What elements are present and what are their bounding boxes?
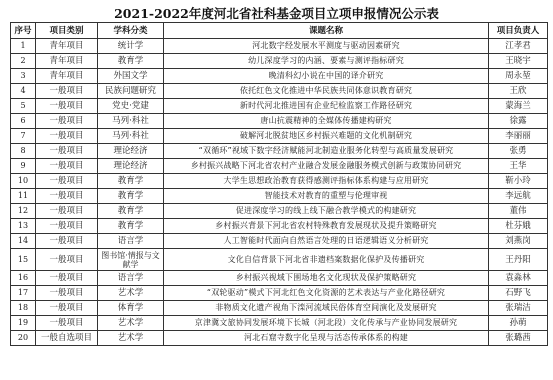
cell-type: 一般项目 [36,129,98,144]
cell-seq: 16 [11,271,36,286]
table-row: 14一般项目语言学人工智能时代面向自然语言处理的日语逻辑语义分析研究刘燕岗 [11,234,548,249]
cell-topic: 河北数字经发展水平测度与驱动因素研究 [164,39,489,54]
cell-seq: 2 [11,54,36,69]
cell-seq: 19 [11,316,36,331]
cell-seq: 20 [11,331,36,346]
cell-discipline: 教育学 [98,219,164,234]
cell-leader: 张璐茜 [489,331,548,346]
cell-seq: 1 [11,39,36,54]
page-title: 2021-2022年度河北省社科基金项目立项申报情况公示表 [0,4,553,22]
header-discipline: 学科分类 [98,23,164,39]
table-row: 19一般项目艺术学京津冀文旅协同发展环境下长城（河北段）文化传承与产业协同发展研… [11,316,548,331]
table-row: 6一般项目马列·科社唐山抗震精神的全媒体传播建构研究徐露 [11,114,548,129]
cell-discipline: 艺术学 [98,316,164,331]
cell-leader: 周永堃 [489,69,548,84]
header-topic: 课题名称 [164,23,489,39]
table-row: 20一般自选项目艺术学河北石窟寺数字化呈现与活态传承体系的构建张璐茜 [11,331,548,346]
cell-topic: 乡村振兴视域下围场地名文化现状及保护策略研究 [164,271,489,286]
table-row: 8一般项目理论经济“双循环”视域下数字经济赋能河北制造业服务化转型与高质量发展研… [11,144,548,159]
cell-seq: 11 [11,189,36,204]
cell-discipline: 马列·科社 [98,114,164,129]
cell-topic: 促进深度学习的线上线下融合教学模式的构建研究 [164,204,489,219]
cell-discipline: 教育学 [98,54,164,69]
table-row: 1青年项目统计学河北数字经发展水平测度与驱动因素研究江孝君 [11,39,548,54]
cell-discipline: 理论经济 [98,144,164,159]
cell-leader: 蒙海兰 [489,99,548,114]
table-row: 2青年项目教育学幼儿深度学习的内涵、要素与测评指标研究王晓宇 [11,54,548,69]
cell-topic: “双轮驱动”模式下河北红色文化资源的艺术表达与产业化路径研究 [164,286,489,301]
cell-discipline: 民族问题研究 [98,84,164,99]
cell-seq: 15 [11,249,36,271]
table-row: 17一般项目艺术学“双轮驱动”模式下河北红色文化资源的艺术表达与产业化路径研究石… [11,286,548,301]
cell-discipline: 教育学 [98,174,164,189]
header-leader: 项目负责人 [489,23,548,39]
table-row: 11一般项目教育学智能技术对教育的重塑与伦理审视李远航 [11,189,548,204]
cell-type: 一般项目 [36,204,98,219]
cell-seq: 18 [11,301,36,316]
cell-leader: 杜芬娥 [489,219,548,234]
table-row: 7一般项目马列·科社破解河北脱贫地区乡村振兴难题的文化机制研究李丽丽 [11,129,548,144]
cell-seq: 4 [11,84,36,99]
cell-discipline: 语言学 [98,234,164,249]
cell-topic: 非物质文化遗产视角下滦河流域民俗体育空间演化及发展研究 [164,301,489,316]
cell-topic: 破解河北脱贫地区乡村振兴难题的文化机制研究 [164,129,489,144]
cell-topic: 乡村振兴背景下河北省农村特殊教育发展现状及提升策略研究 [164,219,489,234]
cell-type: 一般项目 [36,301,98,316]
cell-type: 一般项目 [36,234,98,249]
cell-topic: 河北石窟寺数字化呈现与活态传承体系的构建 [164,331,489,346]
cell-discipline: 马列·科社 [98,129,164,144]
cell-type: 一般项目 [36,271,98,286]
table-row: 9一般项目理论经济乡村振兴战略下河北省农村产业融合发展金融服务模式创新与政策协同… [11,159,548,174]
table-row: 12一般项目教育学促进深度学习的线上线下融合教学模式的构建研究董伟 [11,204,548,219]
cell-type: 青年项目 [36,69,98,84]
cell-leader: 李丽丽 [489,129,548,144]
cell-leader: 李远航 [489,189,548,204]
cell-discipline: 体育学 [98,301,164,316]
project-table: 序号 项目类别 学科分类 课题名称 项目负责人 1青年项目统计学河北数字经发展水… [10,22,548,346]
cell-type: 一般项目 [36,286,98,301]
cell-type: 青年项目 [36,39,98,54]
table-row: 3青年项目外国文学晚清科幻小说在中国的译介研究周永堃 [11,69,548,84]
table-row: 18一般项目体育学非物质文化遗产视角下滦河流域民俗体育空间演化及发展研究张瑞洁 [11,301,548,316]
cell-type: 一般项目 [36,99,98,114]
cell-seq: 6 [11,114,36,129]
cell-topic: 智能技术对教育的重塑与伦理审视 [164,189,489,204]
cell-seq: 10 [11,174,36,189]
cell-discipline: 外国文学 [98,69,164,84]
cell-leader: 徐露 [489,114,548,129]
cell-topic: 文化自信背景下河北省非遗档案数据化保护及传播研究 [164,249,489,271]
cell-topic: “双循环”视域下数字经济赋能河北制造业服务化转型与高质量发展研究 [164,144,489,159]
cell-leader: 孙萌 [489,316,548,331]
table-row: 5一般项目党史·党建新时代河北推进国有企业纪检监察工作路径研究蒙海兰 [11,99,548,114]
cell-discipline: 统计学 [98,39,164,54]
cell-seq: 5 [11,99,36,114]
header-seq: 序号 [11,23,36,39]
cell-seq: 13 [11,219,36,234]
cell-seq: 3 [11,69,36,84]
cell-seq: 12 [11,204,36,219]
cell-discipline: 教育学 [98,189,164,204]
cell-type: 一般项目 [36,159,98,174]
cell-leader: 王丹阳 [489,249,548,271]
cell-type: 一般项目 [36,316,98,331]
cell-type: 一般项目 [36,84,98,99]
table-header-row: 序号 项目类别 学科分类 课题名称 项目负责人 [11,23,548,39]
cell-type: 青年项目 [36,54,98,69]
cell-type: 一般项目 [36,249,98,271]
cell-topic: 唐山抗震精神的全媒体传播建构研究 [164,114,489,129]
cell-leader: 王华 [489,159,548,174]
cell-leader: 刘燕岗 [489,234,548,249]
cell-leader: 王欣 [489,84,548,99]
cell-discipline: 图书馆·情报与文献学 [98,249,164,271]
cell-discipline: 艺术学 [98,331,164,346]
cell-type: 一般项目 [36,174,98,189]
cell-leader: 王晓宇 [489,54,548,69]
table-row: 4一般项目民族问题研究依托红色文化推进中华民族共同体意识教育研究王欣 [11,84,548,99]
cell-topic: 新时代河北推进国有企业纪检监察工作路径研究 [164,99,489,114]
cell-topic: 人工智能时代面向自然语言处理的日语逻辑语义分析研究 [164,234,489,249]
cell-discipline: 艺术学 [98,286,164,301]
cell-type: 一般项目 [36,114,98,129]
cell-leader: 董伟 [489,204,548,219]
cell-discipline: 理论经济 [98,159,164,174]
cell-seq: 7 [11,129,36,144]
table-row: 16一般项目语言学乡村振兴视域下围场地名文化现状及保护策略研究袁淼林 [11,271,548,286]
cell-type: 一般项目 [36,219,98,234]
cell-discipline: 语言学 [98,271,164,286]
cell-seq: 17 [11,286,36,301]
cell-leader: 靳小玲 [489,174,548,189]
cell-seq: 8 [11,144,36,159]
table-row: 15一般项目图书馆·情报与文献学文化自信背景下河北省非遗档案数据化保护及传播研究… [11,249,548,271]
cell-leader: 张勇 [489,144,548,159]
cell-leader: 江孝君 [489,39,548,54]
cell-type: 一般项目 [36,189,98,204]
cell-topic: 京津冀文旅协同发展环境下长城（河北段）文化传承与产业协同发展研究 [164,316,489,331]
cell-type: 一般项目 [36,144,98,159]
cell-discipline: 教育学 [98,204,164,219]
cell-topic: 幼儿深度学习的内涵、要素与测评指标研究 [164,54,489,69]
cell-topic: 乡村振兴战略下河北省农村产业融合发展金融服务模式创新与政策协同研究 [164,159,489,174]
cell-discipline: 党史·党建 [98,99,164,114]
cell-topic: 大学生思想政治教育获得感测评指标体系构建与应用研究 [164,174,489,189]
cell-leader: 袁淼林 [489,271,548,286]
cell-seq: 14 [11,234,36,249]
cell-topic: 依托红色文化推进中华民族共同体意识教育研究 [164,84,489,99]
table-row: 13一般项目教育学乡村振兴背景下河北省农村特殊教育发展现状及提升策略研究杜芬娥 [11,219,548,234]
cell-seq: 9 [11,159,36,174]
cell-leader: 石野飞 [489,286,548,301]
table-row: 10一般项目教育学大学生思想政治教育获得感测评指标体系构建与应用研究靳小玲 [11,174,548,189]
header-type: 项目类别 [36,23,98,39]
cell-topic: 晚清科幻小说在中国的译介研究 [164,69,489,84]
cell-type: 一般自选项目 [36,331,98,346]
cell-leader: 张瑞洁 [489,301,548,316]
